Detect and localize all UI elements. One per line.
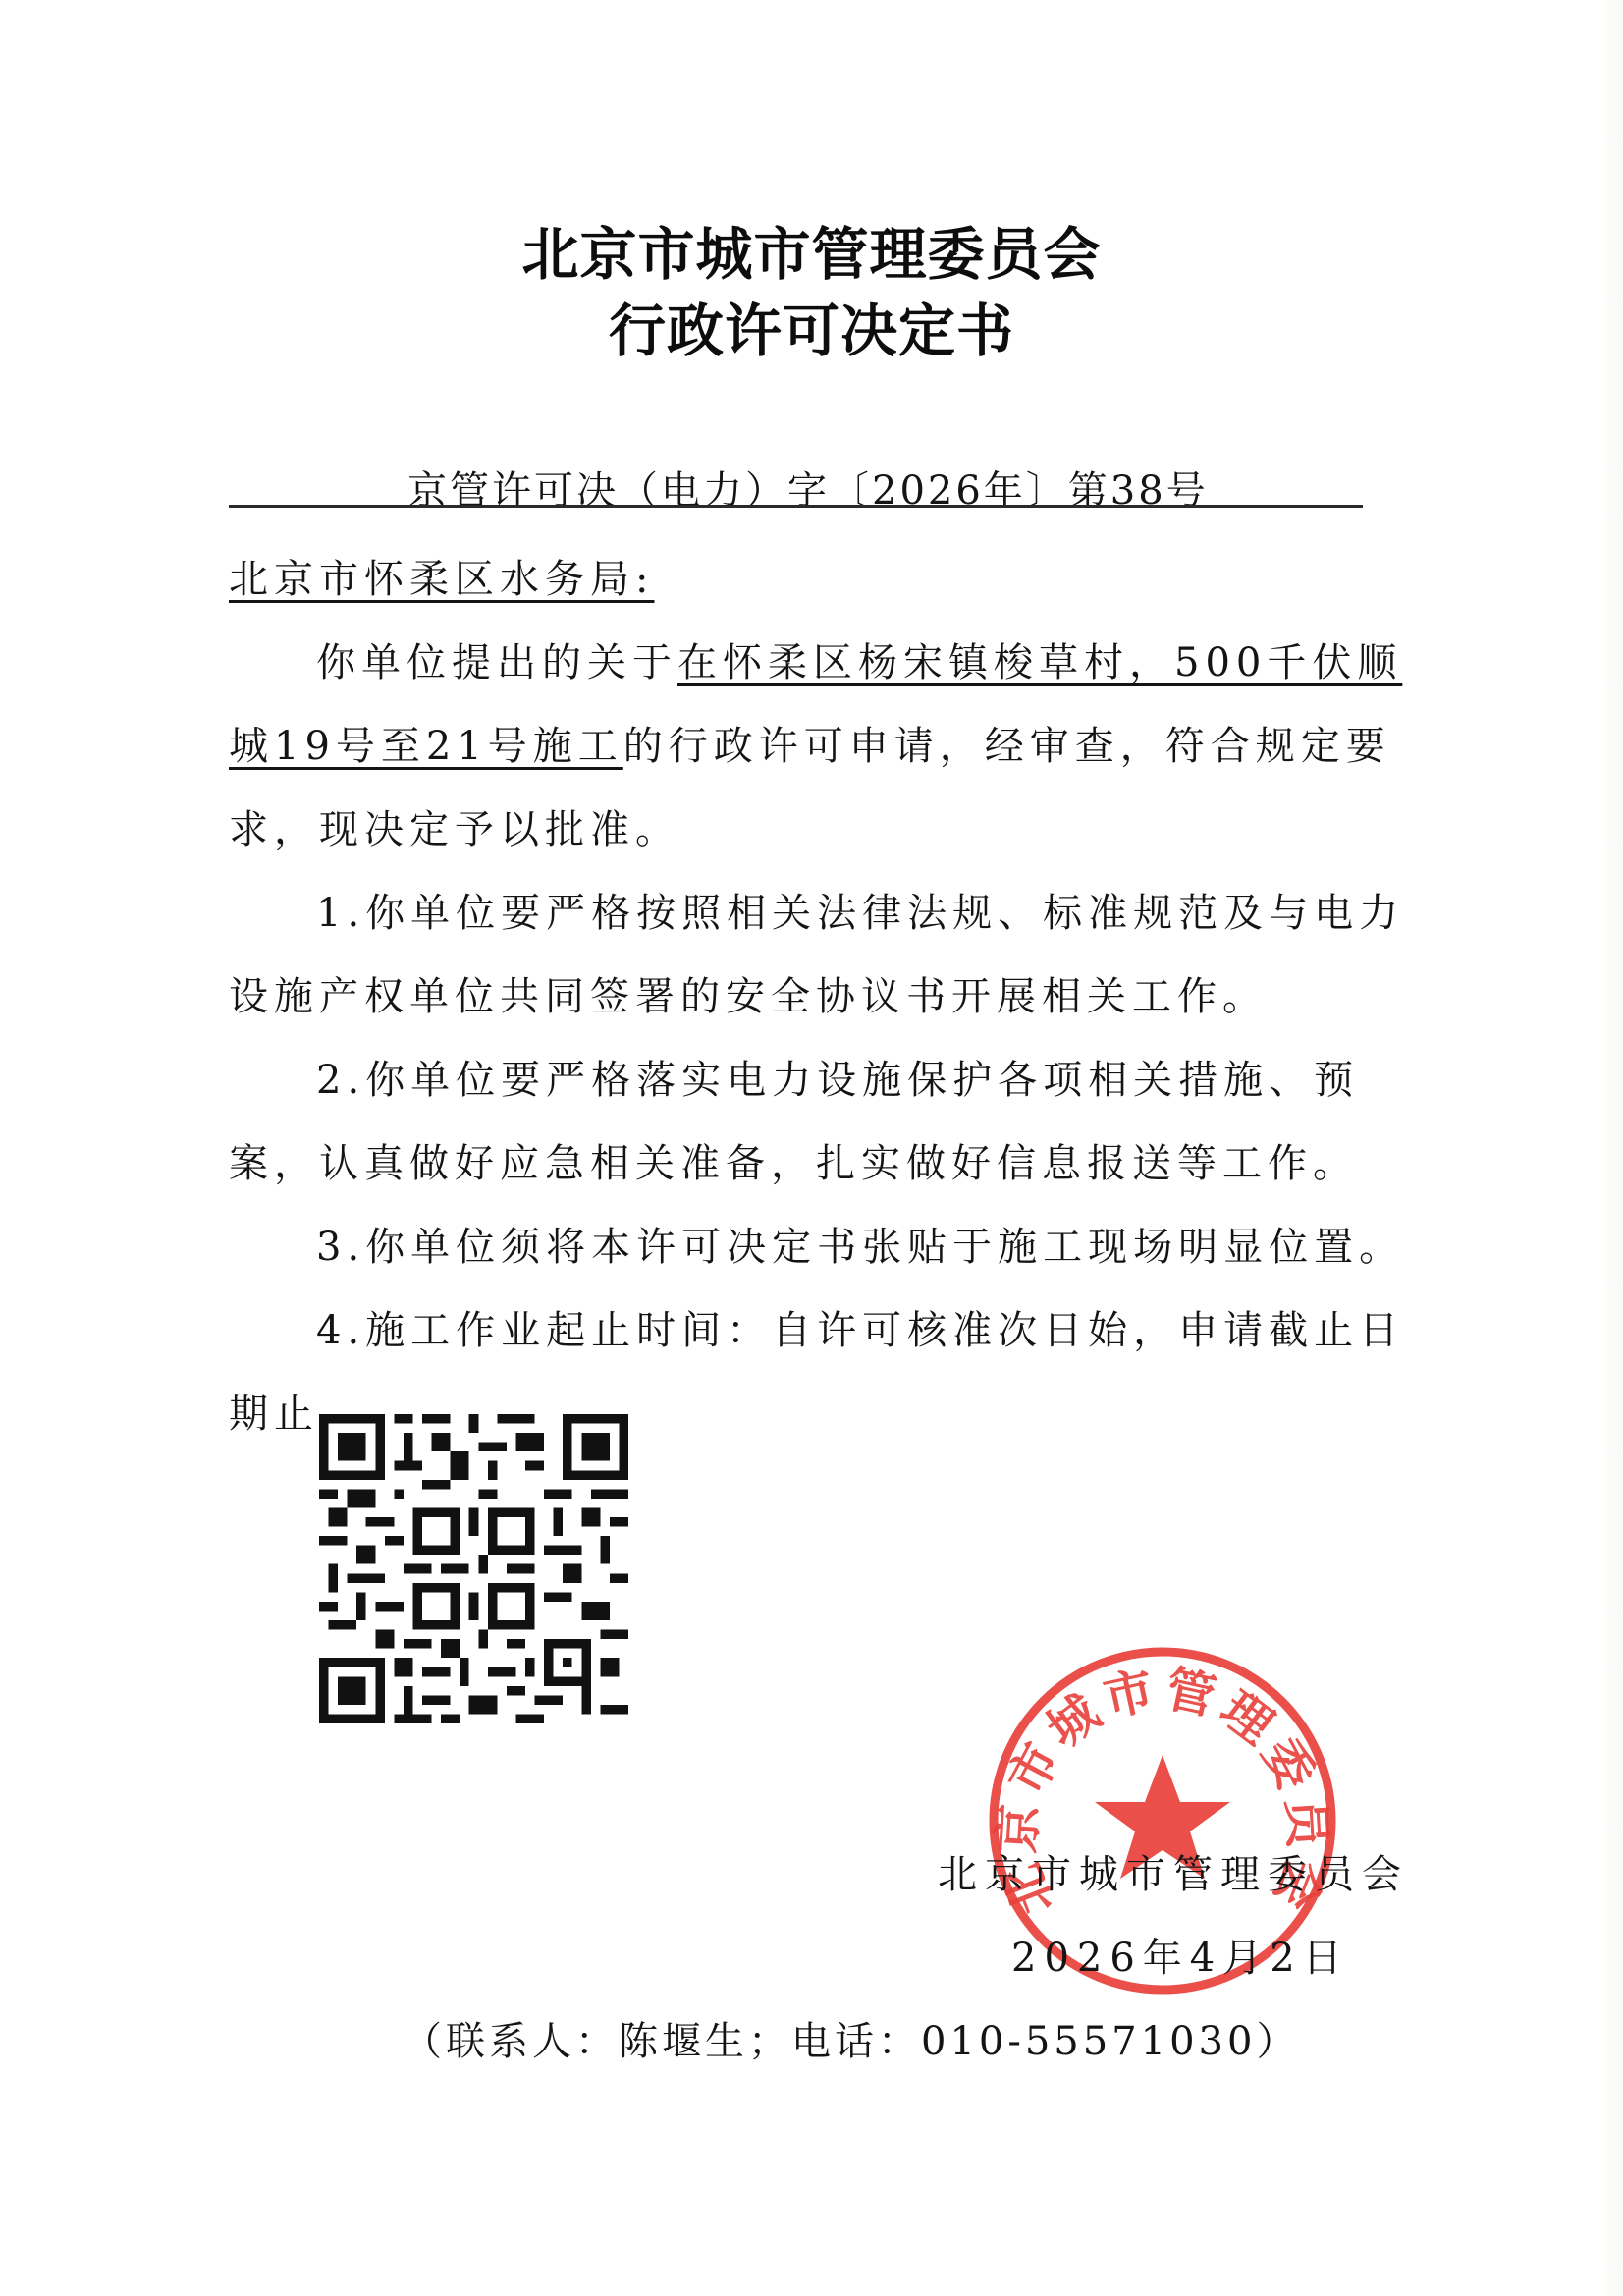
- condition-item-1-line-2: 设施产权单位共同签署的安全协议书开展相关工作。: [229, 965, 1268, 1021]
- issuer-title: 北京市城市管理委员会: [0, 208, 1623, 291]
- document-type-title: 行政许可决定书: [0, 285, 1623, 367]
- condition-item-3-line-1: 3.你单位须将本许可决定书张贴于施工现场明显位置。: [316, 1216, 1404, 1272]
- project-location: 在怀柔区杨宋镇梭草村，500千伏顺: [677, 640, 1402, 685]
- header-divider: [229, 505, 1363, 508]
- project-name: 城19号至21号施工: [229, 724, 623, 769]
- qr-code-icon: [319, 1414, 628, 1723]
- addressee: 北京市怀柔区水务局:: [229, 548, 654, 604]
- body-text: 你单位提出的关于: [316, 640, 677, 685]
- condition-item-2-line-2: 案，认真做好应急相关准备，扎实做好信息报送等工作。: [229, 1132, 1358, 1188]
- signing-organization: 北京市城市管理委员会: [938, 1843, 1409, 1899]
- body-paragraph-1-line-1: 你单位提出的关于在怀柔区杨宋镇梭草村，500千伏顺: [316, 631, 1402, 687]
- condition-item-1-line-1: 1.你单位要严格按照相关法律法规、标准规范及与电力: [316, 882, 1404, 938]
- condition-item-4-line-1: 4.施工作业起止时间：自许可核准次日始，申请截止日: [316, 1299, 1404, 1355]
- body-text: 的行政许可申请，经审查，符合规定要: [623, 724, 1391, 769]
- signing-date: 2026年4月2日: [1011, 1927, 1350, 1983]
- body-paragraph-1-line-2: 城19号至21号施工的行政许可申请，经审查，符合规定要: [229, 715, 1391, 771]
- condition-item-2-line-1: 2.你单位要严格落实电力设施保护各项相关措施、预: [316, 1049, 1359, 1105]
- contact-info: （联系人：陈堰生；电话：010-55571030）: [403, 2010, 1299, 2066]
- body-paragraph-1-line-3: 求，现决定予以批准。: [229, 798, 680, 854]
